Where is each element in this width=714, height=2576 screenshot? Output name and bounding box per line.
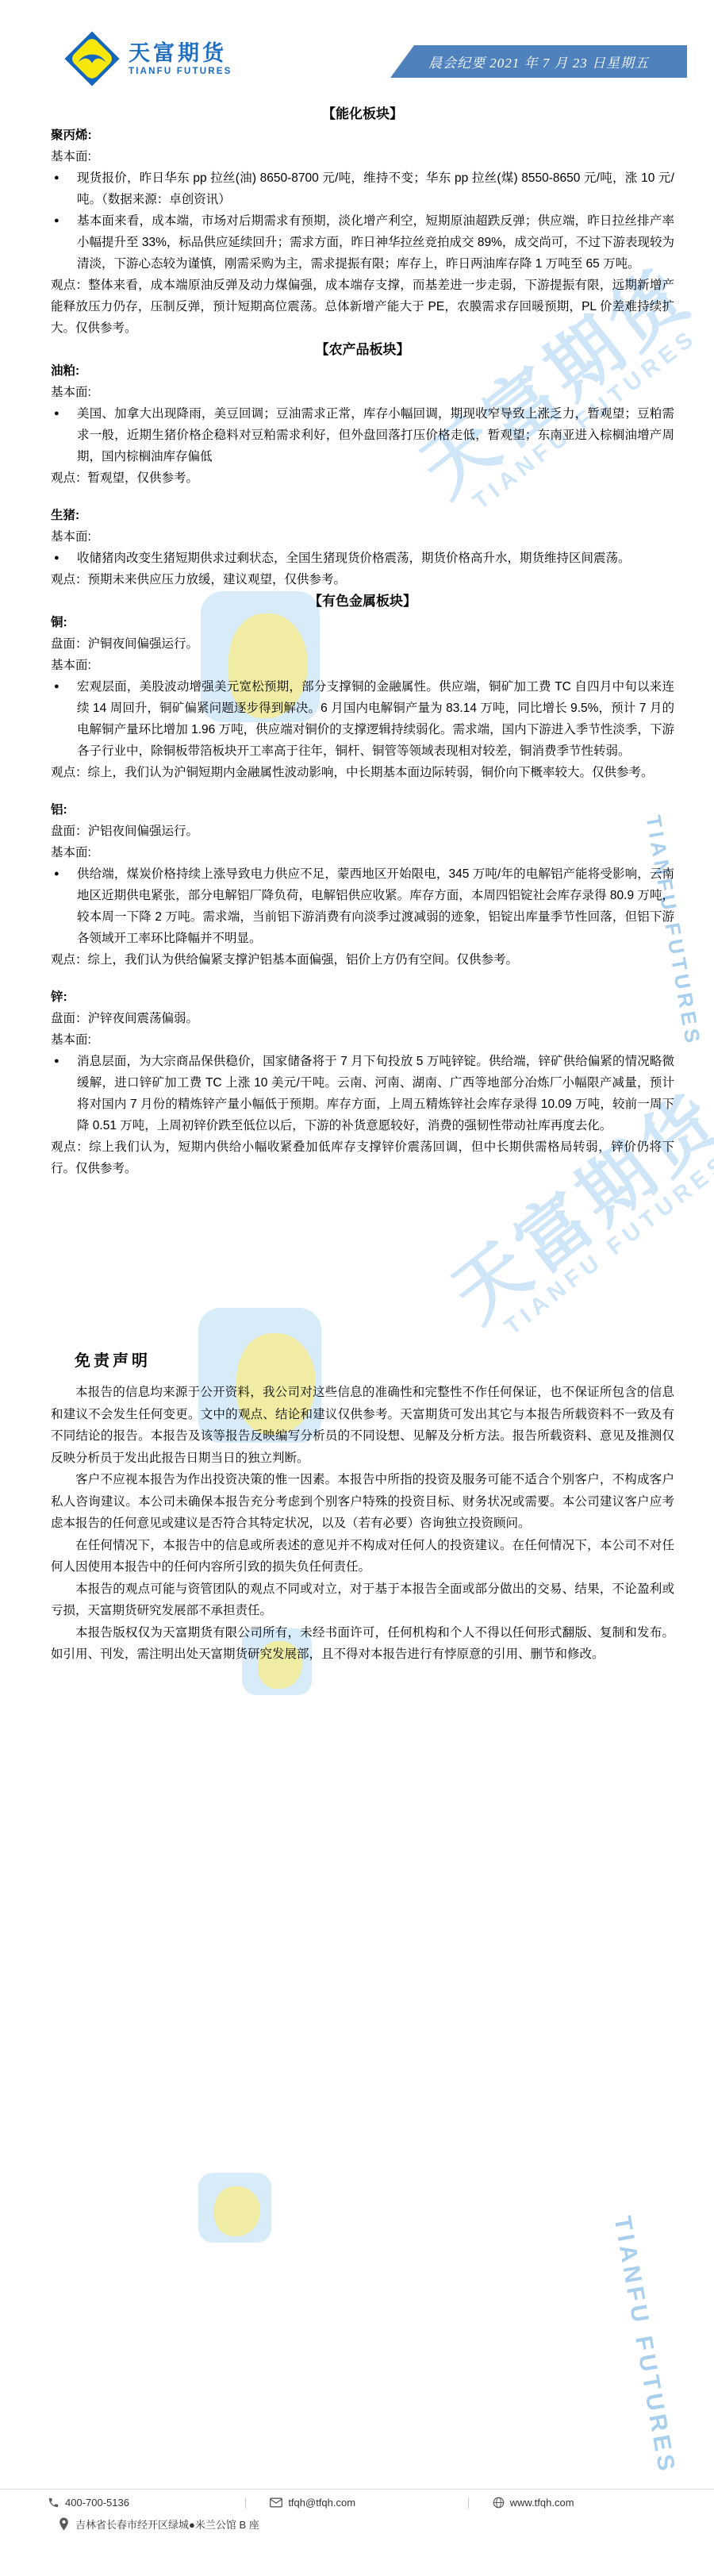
contact-address: 吉林省长春市经开区绿城●米兰公馆 B 座 <box>59 2516 690 2532</box>
fundamental-label: 基本面: <box>51 842 674 863</box>
disclaimer-paragraph: 本报告的信息均来源于公开资料，我公司对这些信息的准确性和完整性不作任何保证，也不… <box>51 1382 674 1469</box>
fundamental-label: 基本面: <box>51 382 674 403</box>
viewpoint: 观点：整体来看，成本端原油反弹及动力煤偏强，成本端存支撑，而基差进一步走弱，下游… <box>51 275 674 339</box>
viewpoint: 观点：综上我们认为，短期内供给小幅收紧叠加低库存支撑锌价震荡回调，但中长期供需格… <box>51 1136 674 1179</box>
commodity-block-oil-meal: 油粕: 基本面: 美国、加拿大出现降雨，美豆回调；豆油需求正常，库存小幅回调，期… <box>51 360 674 489</box>
viewpoint: 观点：综上，我们认为供给偏紧支撑沪铝基本面偏强，铝价上方仍有空间。仅供参考。 <box>51 949 674 971</box>
viewpoint: 观点：综上，我们认为沪铜短期内金融属性波动影响，中长期基本面边际转弱，铜价向下概… <box>51 762 674 783</box>
market-line: 盘面：沪锌夜间震荡偏弱。 <box>51 1008 674 1029</box>
section-title-nonferrous: 【有色金属板块】 <box>51 590 674 612</box>
bullet-point: 宏观层面，美股波动增强美元宽松预期，部分支撑铜的金融属性。供应端，铜矿加工费 T… <box>51 676 674 762</box>
market-line: 盘面：沪铝夜间偏强运行。 <box>51 821 674 842</box>
brand-name-en: TIANFU FUTURES <box>129 67 232 76</box>
report-body: 【能化板块】 聚丙烯: 基本面: 现货报价，昨日华东 pp 拉丝(油) 8650… <box>51 103 674 1179</box>
contact-website[interactable]: www.tfqh.com <box>493 2497 690 2509</box>
contact-footer: 400-700-5136 tfqh@tfqh.com www.tfqh.com <box>0 2489 714 2532</box>
commodity-block-aluminum: 铝: 盘面：沪铝夜间偏强运行。 基本面: 供给端，煤炭价格持续上涨导致电力供应不… <box>51 799 674 971</box>
disclaimer-paragraph: 本报告版权仅为天富期货有限公司所有，未经书面许可，任何机构和个人不得以任何形式翻… <box>51 1622 674 1666</box>
brand-text: 天富期货 TIANFU FUTURES <box>129 30 232 76</box>
commodity-name: 聚丙烯: <box>51 125 674 146</box>
bullet-point: 供给端，煤炭价格持续上涨导致电力供应不足，蒙西地区开始限电，345 万吨/年的电… <box>51 863 674 949</box>
section-title-energy-chem: 【能化板块】 <box>51 103 674 125</box>
brand-logo-icon <box>63 30 121 87</box>
commodity-name: 油粕: <box>51 360 674 382</box>
fundamental-label: 基本面: <box>51 146 674 167</box>
disclaimer-title: 免责声明 <box>75 1348 674 1371</box>
mail-icon <box>270 2497 282 2508</box>
fundamental-label: 基本面: <box>51 526 674 548</box>
phone-number: 400-700-5136 <box>65 2497 129 2509</box>
commodity-name: 铝: <box>51 799 674 821</box>
report-page: 天富期货 TIANFU FUTURES 晨会纪要 2021 年 7 月 23 日… <box>0 0 714 2576</box>
bullet-point: 基本面来看，成本端，市场对后期需求有预期，淡化增产利空，短期原油超跌反弹；供应端… <box>51 210 674 275</box>
watermark-vertical-2: TIANFU FUTURES <box>608 2214 681 2477</box>
email-address[interactable]: tfqh@tfqh.com <box>288 2497 355 2509</box>
bullet-point: 收储猪肉改变生猪短期供求过剩状态，全国生猪现货价格震荡，期货价格高升水，期货维持… <box>51 548 674 569</box>
footer-divider <box>245 2497 246 2509</box>
contact-row: 400-700-5136 tfqh@tfqh.com www.tfqh.com <box>48 2497 690 2509</box>
globe-icon <box>493 2497 505 2509</box>
phone-icon <box>48 2497 59 2509</box>
commodity-block-pp: 聚丙烯: 基本面: 现货报价，昨日华东 pp 拉丝(油) 8650-8700 元… <box>51 125 674 339</box>
disclaimer-section: 免责声明 本报告的信息均来源于公开资料，我公司对这些信息的准确性和完整性不作任何… <box>51 1348 674 1666</box>
bullet-point: 消息层面，为大宗商品保供稳价，国家储备将于 7 月下旬投放 5 万吨锌锭。供给端… <box>51 1051 674 1136</box>
viewpoint: 观点：预期未来供应压力放缓，建议观望，仅供参考。 <box>51 569 674 590</box>
website-url[interactable]: www.tfqh.com <box>510 2497 574 2509</box>
commodity-block-copper: 铜: 盘面：沪铜夜间偏强运行。 基本面: 宏观层面，美股波动增强美元宽松预期，部… <box>51 612 674 783</box>
bullet-point: 现货报价，昨日华东 pp 拉丝(油) 8650-8700 元/吨，维持不变；华东… <box>51 167 674 210</box>
commodity-block-hogs: 生猪: 基本面: 收储猪肉改变生猪短期供求过剩状态，全国生猪现货价格震荡，期货价… <box>51 505 674 590</box>
commodity-name: 铜: <box>51 612 674 633</box>
disclaimer-paragraph: 在任何情况下，本报告中的信息或所表述的意见并不构成对任何人的投资建议。在任何情况… <box>51 1535 674 1578</box>
disclaimer-paragraph: 客户不应视本报告为作出投资决策的惟一因素。本报告中所指的投资及服务可能不适合个别… <box>51 1469 674 1535</box>
market-line: 盘面：沪铜夜间偏强运行。 <box>51 633 674 655</box>
footer-divider <box>468 2497 469 2509</box>
contact-email[interactable]: tfqh@tfqh.com <box>270 2497 467 2509</box>
location-icon <box>59 2517 69 2531</box>
brand-name-cn: 天富期货 <box>129 41 232 65</box>
contact-phone: 400-700-5136 <box>48 2497 245 2509</box>
banner-title: 晨会纪要 2021 年 7 月 23 日星期五 <box>428 52 649 71</box>
brand-logo: 天富期货 TIANFU FUTURES <box>63 30 232 87</box>
fundamental-label: 基本面: <box>51 1029 674 1051</box>
fundamental-label: 基本面: <box>51 655 674 676</box>
commodity-name: 生猪: <box>51 505 674 526</box>
address-text: 吉林省长春市经开区绿城●米兰公馆 B 座 <box>75 2516 259 2532</box>
disclaimer-paragraph: 本报告的观点可能与资管团队的观点不同或对立，对于基于本报告全面或部分做出的交易、… <box>51 1578 674 1622</box>
section-title-agriculture: 【农产品板块】 <box>51 339 674 360</box>
viewpoint: 观点：暂观望，仅供参考。 <box>51 467 674 489</box>
commodity-block-zinc: 锌: 盘面：沪锌夜间震荡偏弱。 基本面: 消息层面，为大宗商品保供稳价，国家储备… <box>51 986 674 1179</box>
bullet-point: 美国、加拿大出现降雨，美豆回调；豆油需求正常，库存小幅回调，期现收窄导致上涨乏力… <box>51 403 674 467</box>
commodity-name: 锌: <box>51 986 674 1008</box>
watermark-logo-4 <box>198 2173 271 2243</box>
report-banner: 晨会纪要 2021 年 7 月 23 日星期五 <box>390 45 687 78</box>
